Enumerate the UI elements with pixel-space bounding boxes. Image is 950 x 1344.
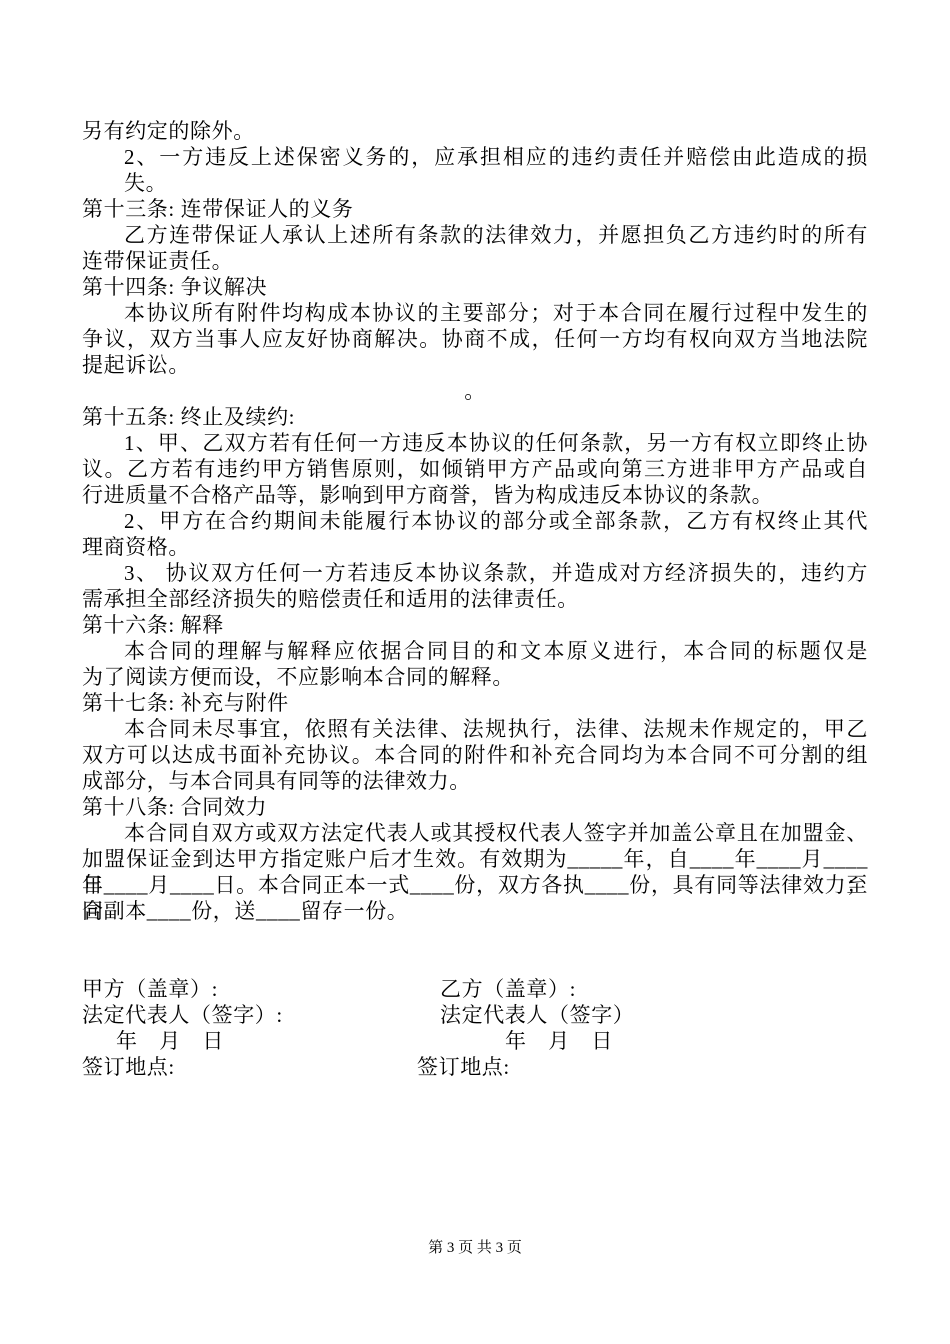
contract-line: 成部分，与本合同具有同等的法律效力。 (82, 768, 868, 794)
contract-line: 1、甲、乙双方若有任何一方违反本协议的任何条款，另一方有权立即终止协 (82, 430, 868, 456)
stray-period: 。 (82, 378, 868, 404)
contract-line: 本合同自双方或双方法定代表人或其授权代表人签字并加盖公章且在加盟金、 (82, 820, 868, 846)
contract-line: 加盟保证金到达甲方指定账户后才生效。有效期为_____年，自____年____月… (82, 846, 868, 872)
article-15-heading: 第十五条: 终止及续约: (82, 404, 868, 430)
page-number: 第 3 页 共 3 页 (0, 1236, 950, 1257)
contract-line: 争议，双方当事人应友好协商解决。协商不成，任何一方均有权向双方当地法院 (82, 326, 868, 352)
article-17-heading: 第十七条: 补充与附件 (82, 690, 868, 716)
party-b-signing-place-label: 签订地点: (417, 1054, 510, 1080)
party-a-seal-label: 甲方（盖章）: (82, 976, 218, 1002)
contract-line: 本合同的理解与解释应依据合同目的和文本原义进行，本合同的标题仅是 (82, 638, 868, 664)
contract-line: 议。乙方若有违约甲方销售原则，如倾销甲方产品或向第三方进非甲方产品或自 (82, 456, 868, 482)
contract-page: 另有约定的除外。 2、一方违反上述保密义务的，应承担相应的违约责任并赔偿由此造成… (0, 0, 950, 1344)
contract-line: 本协议所有附件均构成本协议的主要部分；对于本合同在履行过程中发生的 (82, 300, 868, 326)
contract-line: 本合同未尽事宜，依照有关法律、法规执行，法律、法规未作规定的，甲乙 (82, 716, 868, 742)
article-18-heading: 第十八条: 合同效力 (82, 794, 868, 820)
article-16-heading: 第十六条: 解释 (82, 612, 868, 638)
party-b-representative-label: 法定代表人（签字） (440, 1002, 634, 1028)
blank-line (82, 950, 868, 976)
party-a-signing-place-label: 签订地点: (82, 1054, 175, 1080)
contract-line: 需承担全部经济损失的赔偿责任和适用的法律责任。 (82, 586, 868, 612)
blank-line (82, 924, 868, 950)
contract-line: 3、 协议双方任何一方若违反本协议条款，并造成对方经济损失的，违约方 (82, 560, 868, 586)
signature-row-seal: 甲方（盖章）: 乙方（盖章）: (82, 976, 868, 1002)
party-a-date-label: 年 月 日 (82, 1028, 224, 1054)
contract-line: 2、甲方在合约期间未能履行本协议的部分或全部条款，乙方有权终止其代 (82, 508, 868, 534)
contract-line: 乙方连带保证人承认上述所有条款的法律效力，并愿担负乙方违约时的所有 (82, 222, 868, 248)
contract-line: 行进质量不合格产品等，影响到甲方商誉，皆为构成违反本协议的条款。 (82, 482, 868, 508)
contract-line: 2、一方违反上述保密义务的，应承担相应的违约责任并赔偿由此造成的损 (82, 144, 868, 170)
party-b-date-label: 年 月 日 (505, 1028, 613, 1054)
contract-line: 双方可以达成书面补充协议。本合同的附件和补充合同均为本合同不可分割的组 (82, 742, 868, 768)
signature-row-date: 年 月 日 年 月 日 (82, 1028, 868, 1054)
contract-line: 年____月____日。本合同正本一式____份，双方各执____份，具有同等法… (82, 872, 868, 898)
contract-body: 另有约定的除外。 2、一方违反上述保密义务的，应承担相应的违约责任并赔偿由此造成… (82, 118, 868, 1080)
signature-row-representative: 法定代表人（签字）: 法定代表人（签字） (82, 1002, 868, 1028)
party-b-seal-label: 乙方（盖章）: (440, 976, 576, 1002)
contract-line: 为了阅读方便而设，不应影响本合同的解释。 (82, 664, 868, 690)
article-13-heading: 第十三条: 连带保证人的义务 (82, 196, 868, 222)
contract-line: 同副本____份，送____留存一份。 (82, 898, 868, 924)
contract-line: 另有约定的除外。 (82, 118, 868, 144)
party-a-representative-label: 法定代表人（签字）: (82, 1002, 283, 1028)
contract-line: 理商资格。 (82, 534, 868, 560)
contract-line: 失。 (82, 170, 868, 196)
signature-row-place: 签订地点: 签订地点: (82, 1054, 868, 1080)
article-14-heading: 第十四条: 争议解决 (82, 274, 868, 300)
contract-line: 连带保证责任。 (82, 248, 868, 274)
contract-line: 提起诉讼。 (82, 352, 868, 378)
